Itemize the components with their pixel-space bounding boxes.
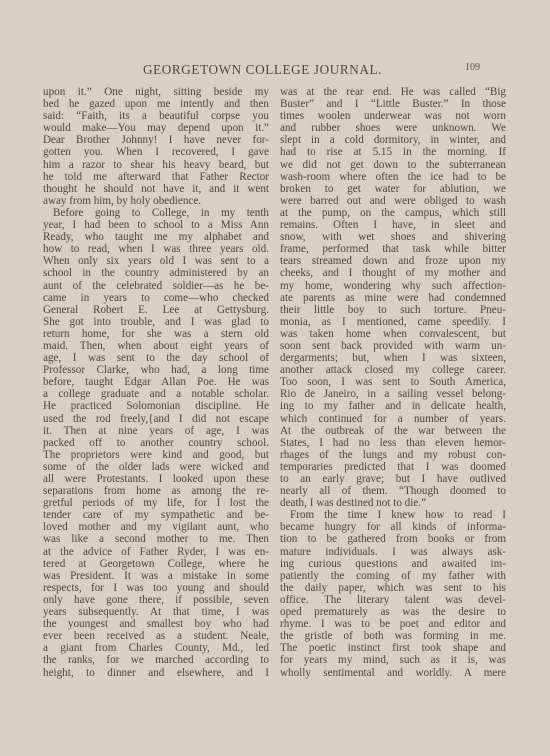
text-line: ing curious questions and awaited im-	[280, 558, 506, 570]
text-line: at the pump, on the campus, which still	[280, 207, 506, 219]
text-line: all were Protestants. I looked upon thes…	[43, 473, 269, 485]
text-line: slept in a cold dormitory, in winter, an…	[280, 134, 506, 146]
text-line: was like a second mother to me. Then	[43, 533, 269, 545]
text-line: broken to get water for ablution, we	[280, 183, 506, 195]
text-line: patiently the coming of my father with	[280, 570, 506, 582]
text-line: return home, for she was a stern old	[43, 328, 269, 340]
text-line: oped prematurely as was the desire to	[280, 606, 506, 618]
text-line: used the rod freely,{and I did not escap…	[43, 413, 269, 425]
text-line: their little boy to such torture. Pneu-	[280, 304, 506, 316]
text-line: were barred out and were obliged to wash	[280, 195, 506, 207]
text-line: came in years to come—who checked	[43, 292, 269, 304]
page-number: 109	[465, 62, 480, 73]
text-line: gotten you. When I recovered, I gave	[43, 146, 269, 158]
text-line: tion to be gathered from books or from	[280, 533, 506, 545]
text-line: He practiced Solomonian discipline. He	[43, 400, 269, 412]
text-line: he told me afterward that Father Rector	[43, 171, 269, 183]
text-line: tender care of my sympathetic and be-	[43, 509, 269, 521]
text-line: separations from home as among the re-	[43, 485, 269, 497]
text-line: cheeks, and I thought of my mother and	[280, 267, 506, 279]
text-line: Ready, who taught me my alphabet and	[43, 231, 269, 243]
text-line: Before going to College, in my tenth	[43, 207, 269, 219]
text-line: upon it.” One night, sitting beside my	[43, 86, 269, 98]
running-head: GEORGETOWN COLLEGE JOURNAL. 109	[0, 62, 550, 80]
text-line: times woolen underwear was not worn	[280, 110, 506, 122]
text-line: became hungry for all kinds of informa-	[280, 521, 506, 533]
text-line: temporaries predicted that I was doomed	[280, 461, 506, 473]
text-line: wash-room where often the ice had to be	[280, 171, 506, 183]
text-line: ing to my father and in delicate health,	[280, 400, 506, 412]
text-line: packed off to another country school.	[43, 437, 269, 449]
document-page: GEORGETOWN COLLEGE JOURNAL. 109 upon it.…	[0, 0, 550, 756]
text-line: ever been received as a student. Neale,	[43, 630, 269, 642]
text-column-left: upon it.” One night, sitting beside mybe…	[43, 86, 269, 679]
text-line: to an early grave; but I have outlived	[280, 473, 506, 485]
text-line: General Robert E. Lee at Gettysburg.	[43, 304, 269, 316]
text-line: away from him, by holy obedience.	[43, 195, 269, 207]
text-line: said: “Faith, its a beautiful corpse you	[43, 110, 269, 122]
text-line: soon sent back provided with warm un-	[280, 340, 506, 352]
text-line: another attack closed my college career.	[280, 364, 506, 376]
text-line: She got into trouble, and I was glad to	[43, 316, 269, 328]
text-line: dergarments; but, when I was sixteen,	[280, 352, 506, 364]
text-line: Buster” and I “Little Buster.” In those	[280, 98, 506, 110]
text-line: rhages of the lungs and my robust con-	[280, 449, 506, 461]
text-line: it. Then at nine years of age, I was	[43, 425, 269, 437]
text-line: the youngest and smallest boy who had	[43, 618, 269, 630]
text-line: how to read, when I was three years old.	[43, 243, 269, 255]
text-line: nearly all of them. “Though doomed to	[280, 485, 506, 497]
text-line: was taken home when convalescent, but	[280, 328, 506, 340]
text-line: age, I was sent to the day school of	[43, 352, 269, 364]
text-line: the gristle of both was forming in me.	[280, 630, 506, 642]
text-line: bed he gazed upon me intently and then	[43, 98, 269, 110]
text-line: death, I was destined not to die.”	[280, 497, 506, 509]
text-line: At the outbreak of the war between the	[280, 425, 506, 437]
text-line: a giant from Charles County, Md., led	[43, 642, 269, 654]
text-line: and rubber shoes were unknown. We	[280, 122, 506, 134]
text-line: before, taught Edgar Allan Poe. He was	[43, 376, 269, 388]
text-line: mature individuals. I was always ask-	[280, 546, 506, 558]
text-line: rhyme. I was to be poet and editor and	[280, 618, 506, 630]
text-line: height, to dinner and elsewhere, and I	[43, 667, 269, 679]
text-line: was at the rear end. He was called “Big	[280, 86, 506, 98]
text-line: school in the country administered by an	[43, 267, 269, 279]
text-line: office. The literary talent was devel-	[280, 594, 506, 606]
text-line: had to rise at 5.15 in the morning. If	[280, 146, 506, 158]
text-line: which continued for a number of years.	[280, 413, 506, 425]
text-line: loved mother and my vigilant aunt, who	[43, 521, 269, 533]
text-line: Too soon, I was sent to South America,	[280, 376, 506, 388]
text-line: him a razor to shear his heavy beard, bu…	[43, 159, 269, 171]
text-line: years subsequently. At that time, I was	[43, 606, 269, 618]
text-line: frame, performed that task while bitter	[280, 243, 506, 255]
text-line: gretful periods of my life, for I lost t…	[43, 497, 269, 509]
text-line: When only six years old I was sent to a	[43, 255, 269, 267]
text-line: year, I had been to school to a Miss Ann	[43, 219, 269, 231]
text-line: The proprietors were kind and good, but	[43, 449, 269, 461]
text-line: remains. Often I have, in sleet and	[280, 219, 506, 231]
text-column-right: was at the rear end. He was called “BigB…	[280, 86, 506, 679]
text-line: some of the older lads were wicked and	[43, 461, 269, 473]
text-line: my home, wondering why such affection-	[280, 280, 506, 292]
text-line: snow, with wet shoes and shivering	[280, 231, 506, 243]
text-line: monia, as I mentioned, came speedily. I	[280, 316, 506, 328]
text-line: States, I had no less than eleven hemor-	[280, 437, 506, 449]
text-line: Professor Clarke, who had, a long time	[43, 364, 269, 376]
text-line: thought he should not have it, and it we…	[43, 183, 269, 195]
text-line: ate parents as mine were had condemned	[280, 292, 506, 304]
text-line: maid. Then, when about eight years of	[43, 340, 269, 352]
text-line: the ranks, for we marched according to	[43, 654, 269, 666]
text-line: Rio de Janeiro, in a sailing vessel belo…	[280, 388, 506, 400]
text-line: tered at Georgetown College, where he	[43, 558, 269, 570]
text-line: the daily paper, which was sent to his	[280, 582, 506, 594]
text-line: was President. It was a mistake in some	[43, 570, 269, 582]
journal-title: GEORGETOWN COLLEGE JOURNAL.	[143, 62, 382, 78]
text-line: respects, for I was too young and should	[43, 582, 269, 594]
text-line: a college graduate and a notable scholar…	[43, 388, 269, 400]
text-line: From the time I knew how to read I	[280, 509, 506, 521]
text-line: for years my mind, such as it is, was	[280, 654, 506, 666]
text-line: only have gone there, if possible, seven	[43, 594, 269, 606]
text-line: tears streamed down and froze upon my	[280, 255, 506, 267]
text-line: at the advice of Father Ryder, I was en-	[43, 546, 269, 558]
text-line: we did not get down to the subterranean	[280, 159, 506, 171]
text-line: wholly sentimental and worldly. A mere	[280, 667, 506, 679]
text-line: would make—You may depend upon it.”	[43, 122, 269, 134]
text-line: The poetic instinct first took shape and	[280, 642, 506, 654]
text-line: aunt of the celebrated soldier—as he be-	[43, 280, 269, 292]
text-line: Dear Brother Johnny! I have never for-	[43, 134, 269, 146]
